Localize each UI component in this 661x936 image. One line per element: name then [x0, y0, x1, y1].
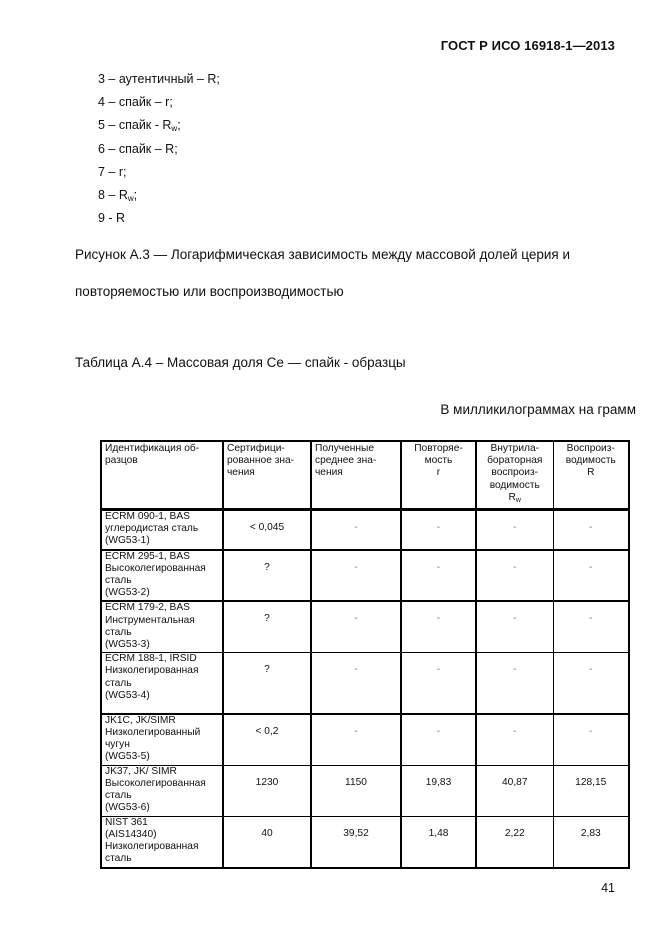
header-sample-id: Идентификация об-разцов — [101, 441, 223, 510]
table-row: NIST 361(AIS14340)Низколегированнаясталь… — [101, 816, 629, 868]
cell-mean: - — [311, 653, 401, 714]
legend-item: 8 – Rw; — [98, 184, 220, 207]
cell-reproducibility: - — [553, 714, 629, 765]
cell-sample-id: ECRM 295-1, BASВысоколегированнаясталь(W… — [101, 550, 223, 602]
table-header-row: Идентификация об-разцовСертифици-рованно… — [101, 441, 629, 510]
cell-repeatability: - — [401, 510, 476, 550]
legend-item: 3 – аутентичный – R; — [98, 68, 220, 91]
cell-certified: ? — [223, 653, 311, 714]
cell-certified: ? — [223, 550, 311, 602]
cell-repeatability: 1,48 — [401, 816, 476, 868]
table-row: JK1C, JK/SIMRНизколегированныйчугун(WG53… — [101, 714, 629, 765]
cell-sample-id: JK37, JK/ SIMRВысоколегированнаясталь(WG… — [101, 765, 223, 816]
legend-item: 9 - R — [98, 207, 220, 230]
cell-certified: < 0,2 — [223, 714, 311, 765]
table-row: ECRM 179-2, BAS Инструментальнаясталь(WG… — [101, 601, 629, 652]
cell-reproducibility: 2,83 — [553, 816, 629, 868]
cell-intralab-reproducibility: 2,22 — [476, 816, 553, 868]
table-row: ECRM 188-1, IRSIDНизколегированнаясталь(… — [101, 653, 629, 714]
table-row: ECRM 090-1, BASуглеродистая сталь(WG53-1… — [101, 510, 629, 550]
cell-repeatability: - — [401, 714, 476, 765]
cell-mean: - — [311, 550, 401, 602]
cell-intralab-reproducibility: - — [476, 510, 553, 550]
cell-reproducibility: 128,15 — [553, 765, 629, 816]
legend-item: 7 – r; — [98, 161, 220, 184]
legend-item: 6 – спайк – R; — [98, 138, 220, 161]
header-reproducibility: Воспроиз-водимостьR — [553, 441, 629, 510]
header-mean: Полученныесреднее зна-чения — [311, 441, 401, 510]
data-table: Идентификация об-разцовСертифици-рованно… — [100, 440, 630, 869]
cell-certified: 40 — [223, 816, 311, 868]
legend-item: 4 – спайк – r; — [98, 91, 220, 114]
units-note: В милликилограммах на грамм — [440, 402, 636, 417]
cell-mean: - — [311, 510, 401, 550]
cell-reproducibility: - — [553, 550, 629, 602]
cell-reproducibility: - — [553, 653, 629, 714]
legend-item: 5 – спайк - Rw; — [98, 114, 220, 137]
page-number: 41 — [601, 881, 615, 895]
cell-sample-id: ECRM 179-2, BAS Инструментальнаясталь(WG… — [101, 601, 223, 652]
cell-reproducibility: - — [553, 510, 629, 550]
cell-certified: ? — [223, 601, 311, 652]
table-title: Таблица А.4 – Массовая доля Ce — спайк -… — [75, 355, 406, 370]
cell-certified: < 0,045 — [223, 510, 311, 550]
cell-mean: 1150 — [311, 765, 401, 816]
figure-caption: Рисунок А.3 — Логарифмическая зависимост… — [75, 236, 635, 310]
header-certified: Сертифици-рованное зна-чения — [223, 441, 311, 510]
figure-legend: 3 – аутентичный – R;4 – спайк – r;5 – сп… — [98, 68, 220, 230]
cell-repeatability: 19,83 — [401, 765, 476, 816]
document-header: ГОСТ Р ИСО 16918-1—2013 — [441, 38, 615, 53]
cell-mean: - — [311, 714, 401, 765]
cell-intralab-reproducibility: - — [476, 601, 553, 652]
cell-sample-id: NIST 361(AIS14340)Низколегированнаясталь — [101, 816, 223, 868]
table-row: JK37, JK/ SIMRВысоколегированнаясталь(WG… — [101, 765, 629, 816]
cell-intralab-reproducibility: - — [476, 550, 553, 602]
cell-repeatability: - — [401, 601, 476, 652]
cell-repeatability: - — [401, 653, 476, 714]
cell-sample-id: ECRM 188-1, IRSIDНизколегированнаясталь(… — [101, 653, 223, 714]
table-row: ECRM 295-1, BASВысоколегированнаясталь(W… — [101, 550, 629, 602]
cell-reproducibility: - — [553, 601, 629, 652]
header-repeatability: Повторяе-мостьr — [401, 441, 476, 510]
cell-intralab-reproducibility: 40,87 — [476, 765, 553, 816]
cell-sample-id: ECRM 090-1, BASуглеродистая сталь(WG53-1… — [101, 510, 223, 550]
cell-mean: - — [311, 601, 401, 652]
cell-mean: 39,52 — [311, 816, 401, 868]
cell-intralab-reproducibility: - — [476, 653, 553, 714]
cell-repeatability: - — [401, 550, 476, 602]
cell-sample-id: JK1C, JK/SIMRНизколегированныйчугун(WG53… — [101, 714, 223, 765]
cell-intralab-reproducibility: - — [476, 714, 553, 765]
cell-certified: 1230 — [223, 765, 311, 816]
header-intralab-reproducibility: Внутрила-бораторнаявоспроиз-водимостьRw — [476, 441, 553, 510]
